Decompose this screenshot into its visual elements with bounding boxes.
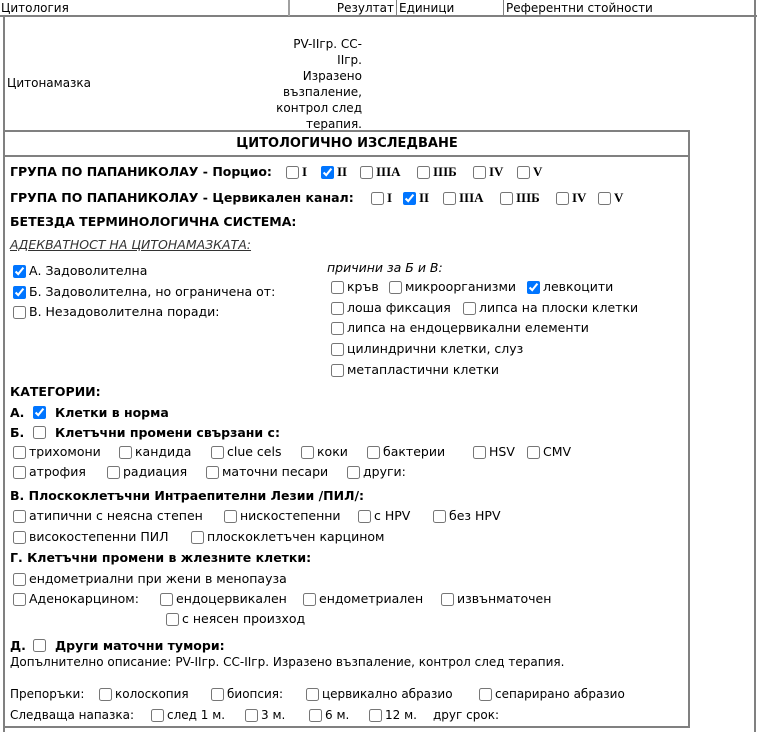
option-label: Б. Задоволителна, но ограничена от: (29, 284, 275, 300)
form-right-border (688, 130, 690, 728)
category-c-label: В. Плоскоклетъчни Интраепителни Лезии /П… (10, 488, 364, 504)
checkbox[interactable] (360, 166, 373, 179)
lesion-low-grade[interactable]: нискостепенни (224, 508, 341, 524)
checkbox[interactable] (367, 446, 380, 459)
pap-cervical-option-iv[interactable]: IV (556, 190, 586, 206)
categories-label: КАТЕГОРИИ: (10, 384, 101, 400)
finding-cmv[interactable]: CMV (527, 444, 571, 460)
checkbox[interactable] (473, 446, 486, 459)
finding-clue-cells[interactable]: clue cels (211, 444, 281, 460)
option-label: CMV (543, 444, 571, 460)
checkbox[interactable] (463, 302, 476, 315)
checkbox[interactable] (13, 573, 26, 586)
finding-cocci[interactable]: коки (301, 444, 348, 460)
pap-portio-option-v[interactable]: V (517, 164, 542, 180)
glandular-endometrial-menopause[interactable]: ендометриални при жени в менопауза (13, 571, 287, 587)
pap-portio-option-iiib[interactable]: IIIБ (417, 164, 457, 180)
checkbox[interactable] (527, 281, 540, 294)
checkbox[interactable] (119, 446, 132, 459)
glandular-extrauterine[interactable]: извънматочен (441, 591, 551, 607)
reason-no-squamous-cells[interactable]: липса на плоски клетки (463, 300, 638, 316)
lab-report-page: Цитология Резултат Единици Референтни ст… (0, 0, 761, 732)
table-right-border (754, 0, 756, 732)
glandular-unknown-origin[interactable]: с неясен произход (166, 611, 305, 627)
checkbox[interactable] (500, 192, 513, 205)
category-e[interactable]: Д. Други маточни тумори: (10, 637, 225, 653)
option-label: левкоцити (543, 279, 613, 295)
checkbox[interactable] (598, 192, 611, 205)
pap-portio-option-ii[interactable]: II (321, 164, 347, 180)
checkbox[interactable] (151, 709, 164, 722)
checkbox[interactable] (441, 593, 454, 606)
checkbox[interactable] (13, 466, 26, 479)
next-visit-other-label: друг срок: (433, 707, 499, 723)
test-result: PV-IIгр. CC-IIгр. Изразено възпаление, к… (276, 36, 362, 132)
col-header-reference: Референтни стойности (506, 0, 653, 16)
checkbox[interactable] (331, 281, 344, 294)
option-label: коки (317, 444, 348, 460)
lesion-ascus[interactable]: атипични с неясна степен (13, 508, 203, 524)
checkbox[interactable] (13, 510, 26, 523)
option-label: HSV (489, 444, 515, 460)
checkbox[interactable] (331, 343, 344, 356)
option-label: цилиндрични клетки, слуз (347, 341, 523, 357)
option-label: трихомони (29, 444, 101, 460)
additional-description: Допълнително описание: PV-IIгр. CC-IIгр.… (10, 654, 564, 670)
form-top-border (4, 130, 690, 132)
pap-cervical-option-iiib[interactable]: IIIБ (500, 190, 540, 206)
checkbox[interactable] (371, 192, 384, 205)
checkbox[interactable] (369, 709, 382, 722)
checkbox[interactable] (166, 613, 179, 626)
option-label: II (337, 164, 347, 180)
checkbox[interactable] (211, 446, 224, 459)
checkbox[interactable] (417, 166, 430, 179)
option-label: липса на плоски клетки (479, 300, 638, 316)
next-visit-6m[interactable]: 6 м. (309, 707, 349, 723)
pap-portio-option-iiia[interactable]: IIIA (360, 164, 401, 180)
checkbox[interactable] (309, 709, 322, 722)
checkbox[interactable] (107, 466, 120, 479)
checkbox[interactable] (33, 406, 46, 419)
checkbox[interactable] (321, 166, 334, 179)
option-label: IIIA (459, 190, 484, 206)
option-label: плоскоклетъчен карцином (207, 529, 384, 545)
checkbox[interactable] (13, 306, 26, 319)
checkbox[interactable] (33, 426, 46, 439)
finding-trichomonas[interactable]: трихомони (13, 444, 101, 460)
pap-portio-option-i[interactable]: I (286, 164, 307, 180)
reasons-label: причини за Б и В: (327, 260, 443, 276)
pap-cervical-option-iiia[interactable]: IIIA (443, 190, 484, 206)
finding-other[interactable]: други: (347, 464, 406, 480)
option-label: 6 м. (325, 707, 349, 723)
checkbox[interactable] (13, 593, 26, 606)
checkbox[interactable] (13, 531, 26, 544)
checkbox[interactable] (527, 446, 540, 459)
checkbox[interactable] (331, 322, 344, 335)
pap-cervical-option-v[interactable]: V (598, 190, 623, 206)
checkbox[interactable] (517, 166, 530, 179)
category-prefix: Д. (10, 638, 33, 653)
option-label: IV (489, 164, 503, 180)
next-visit-12m[interactable]: 12 м. (369, 707, 417, 723)
adequacy-label: АДЕКВАТНОСТ НА ЦИТОНАМАЗКАТА: (10, 237, 251, 253)
checkbox[interactable] (245, 709, 258, 722)
option-label: clue cels (227, 444, 281, 460)
checkbox[interactable] (479, 688, 492, 701)
checkbox[interactable] (403, 192, 416, 205)
lesion-with-hpv[interactable]: с HPV (358, 508, 410, 524)
option-label: ендоцервикален (176, 591, 287, 607)
checkbox[interactable] (160, 593, 173, 606)
option-label: IIIБ (433, 164, 457, 180)
option-label: с HPV (374, 508, 410, 524)
finding-hsv[interactable]: HSV (473, 444, 515, 460)
lesion-squamous-carcinoma[interactable]: плоскоклетъчен карцином (191, 529, 384, 545)
option-label: с неясен произход (182, 611, 305, 627)
checkbox[interactable] (433, 510, 446, 523)
option-label: 3 м. (261, 707, 285, 723)
reason-no-endocervical[interactable]: липса на ендоцервикални елементи (331, 320, 589, 336)
additional-description-value: PV-IIгр. CC-IIгр. Изразено възпаление, к… (175, 654, 564, 670)
reason-microorganisms[interactable]: микроорганизми (389, 279, 516, 295)
pap-portio-label: ГРУПА ПО ПАПАНИКОЛАУ - Порцио: (10, 164, 272, 180)
option-label: IV (572, 190, 586, 206)
pap-cervical-option-i[interactable]: I (371, 190, 392, 206)
option-label: ендометриални при жени в менопауза (29, 571, 287, 587)
test-name: Цитонамазка (7, 75, 91, 91)
finding-atrophy[interactable]: атрофия (13, 464, 86, 480)
next-visit-1m[interactable]: след 1 м. (151, 707, 225, 723)
pap-cervical-label: ГРУПА ПО ПАПАНИКОЛАУ - Цервикален канал: (10, 190, 354, 206)
option-label: кръв (347, 279, 379, 295)
option-label: кандида (135, 444, 191, 460)
checkbox[interactable] (301, 446, 314, 459)
adequacy-option-b[interactable]: Б. Задоволителна, но ограничена от: (13, 284, 275, 300)
option-label: други: (363, 464, 406, 480)
option-label: колоскопия (115, 686, 189, 702)
option-label: IIIA (376, 164, 401, 180)
checkbox[interactable] (473, 166, 486, 179)
category-label: Други маточни тумори: (55, 638, 225, 653)
option-label: маточни песари (222, 464, 328, 480)
category-a[interactable]: А. Клетки в норма (10, 404, 169, 420)
checkbox[interactable] (191, 531, 204, 544)
checkbox[interactable] (358, 510, 371, 523)
header-col-divider (396, 0, 397, 16)
form-title-border (4, 155, 690, 157)
checkbox[interactable] (389, 281, 402, 294)
option-label: биопсия: (227, 686, 283, 702)
bethesda-label: БЕТЕЗДА ТЕРМИНОЛОГИЧНА СИСТЕМА: (10, 214, 296, 230)
rec-separate-abrasion[interactable]: сепарирано абразио (479, 686, 625, 702)
checkbox[interactable] (331, 364, 344, 377)
glandular-endometrial[interactable]: ендометриален (303, 591, 423, 607)
checkbox[interactable] (211, 688, 224, 701)
category-prefix: Б. (10, 425, 33, 440)
finding-pessary[interactable]: маточни песари (206, 464, 328, 480)
next-visit-3m[interactable]: 3 м. (245, 707, 285, 723)
checkbox[interactable] (33, 639, 46, 652)
option-label: метапластични клетки (347, 362, 499, 378)
glandular-adenocarcinoma[interactable]: Аденокарцином: (13, 591, 139, 607)
lesion-high-grade[interactable]: високостепенни ПИЛ (13, 529, 169, 545)
option-label: V (614, 190, 623, 206)
reason-leukocytes[interactable]: левкоцити (527, 279, 613, 295)
option-label: лоша фиксация (347, 300, 451, 316)
finding-radiation[interactable]: радиация (107, 464, 187, 480)
col-header-test: Цитология (1, 0, 69, 16)
checkbox[interactable] (13, 265, 26, 278)
option-label: В. Незадоволителна поради: (29, 304, 220, 320)
option-label: радиация (123, 464, 187, 480)
finding-bacteria[interactable]: бактерии (367, 444, 445, 460)
option-label: без HPV (449, 508, 501, 524)
option-label: I (387, 190, 392, 206)
option-label: 12 м. (385, 707, 417, 723)
col-header-result: Резултат (290, 0, 394, 16)
recommendations-label: Препоръки: (10, 686, 84, 702)
option-label: микроорганизми (405, 279, 516, 295)
checkbox[interactable] (556, 192, 569, 205)
option-label: след 1 м. (167, 707, 225, 723)
rec-colposcopy[interactable]: колоскопия (99, 686, 189, 702)
reason-metaplastic[interactable]: метапластични клетки (331, 362, 499, 378)
option-label: липса на ендоцервикални елементи (347, 320, 589, 336)
reason-poor-fixation[interactable]: лоша фиксация (331, 300, 451, 316)
pap-portio-option-iv[interactable]: IV (473, 164, 503, 180)
option-label: I (302, 164, 307, 180)
checkbox[interactable] (99, 688, 112, 701)
option-label: бактерии (383, 444, 445, 460)
option-label: ендометриален (319, 591, 423, 607)
additional-description-label: Допълнително описание: (10, 654, 171, 670)
category-prefix: А. (10, 405, 33, 420)
checkbox[interactable] (224, 510, 237, 523)
checkbox[interactable] (443, 192, 456, 205)
form-bottom-border (4, 726, 690, 728)
checkbox[interactable] (306, 688, 319, 701)
option-label: цервикално абразио (322, 686, 453, 702)
header-col-divider (503, 0, 504, 16)
adequacy-option-a[interactable]: А. Задоволителна (13, 263, 147, 279)
glandular-endocervical[interactable]: ендоцервикален (160, 591, 287, 607)
option-label: високостепенни ПИЛ (29, 529, 169, 545)
pap-cervical-option-ii[interactable]: II (403, 190, 429, 206)
checkbox[interactable] (331, 302, 344, 315)
category-b[interactable]: Б. Клетъчни промени свързани с: (10, 424, 280, 440)
option-label: IIIБ (516, 190, 540, 206)
checkbox[interactable] (286, 166, 299, 179)
option-label: А. Задоволителна (29, 263, 147, 279)
checkbox[interactable] (347, 466, 360, 479)
option-label: II (419, 190, 429, 206)
option-label: Аденокарцином: (29, 591, 139, 607)
checkbox[interactable] (206, 466, 219, 479)
category-d-label: Г. Клетъчни промени в жлезните клетки: (10, 550, 311, 566)
option-label: атрофия (29, 464, 86, 480)
form-title: ЦИТОЛОГИЧНО ИЗСЛЕДВАНЕ (4, 136, 690, 152)
option-label: сепарирано абразио (495, 686, 625, 702)
option-label: V (533, 164, 542, 180)
option-label: извънматочен (457, 591, 551, 607)
col-header-units: Единици (399, 0, 454, 16)
next-visit-other: друг срок: (433, 707, 503, 723)
next-visit-label: Следваща напазка: (10, 707, 134, 723)
adequacy-option-c[interactable]: В. Незадоволителна поради: (13, 304, 220, 320)
checkbox[interactable] (13, 286, 26, 299)
table-left-border (3, 17, 5, 732)
reason-cylindrical-mucus[interactable]: цилиндрични клетки, слуз (331, 341, 523, 357)
lesion-without-hpv[interactable]: без HPV (433, 508, 501, 524)
category-label: Клетъчни промени свързани с: (55, 425, 280, 440)
finding-candida[interactable]: кандида (119, 444, 191, 460)
checkbox[interactable] (13, 446, 26, 459)
category-label: Клетки в норма (55, 405, 169, 420)
rec-cervical-abrasion[interactable]: цервикално абразио (306, 686, 453, 702)
checkbox[interactable] (303, 593, 316, 606)
option-label: атипични с неясна степен (29, 508, 203, 524)
option-label: нискостепенни (240, 508, 341, 524)
reason-blood[interactable]: кръв (331, 279, 379, 295)
rec-biopsy[interactable]: биопсия: (211, 686, 283, 702)
